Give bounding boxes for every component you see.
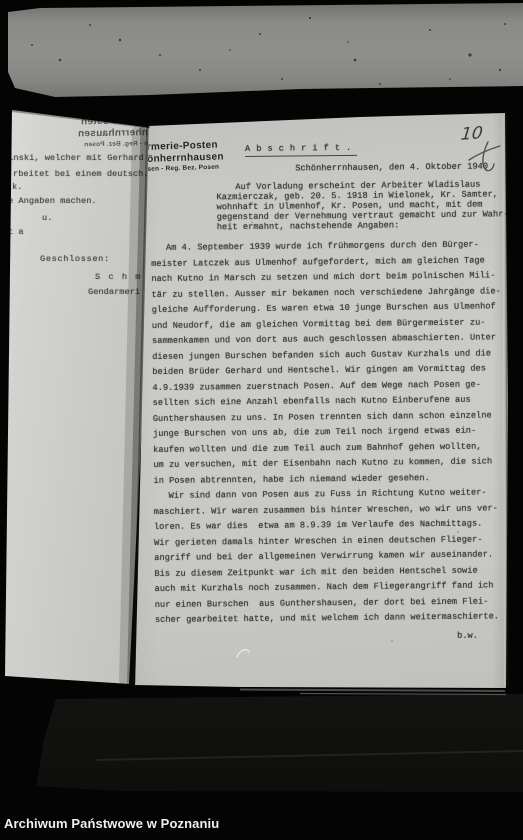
- typed-line: scher gearbeitet hatte, und mit welchem …: [155, 609, 503, 628]
- typed-fragment: k.: [12, 182, 22, 192]
- intro-paragraph: Auf Vorladung erscheint der Arbeiter Wla…: [216, 179, 517, 232]
- typed-fragment: t a: [8, 227, 24, 237]
- typed-fragment: Gendarmeri: [88, 287, 140, 297]
- typed-fragment: Geschlossen:: [40, 254, 110, 264]
- document-heading: A b s c h r i f t .: [245, 143, 357, 157]
- place-date-line: Schönherrnhausen, den 4. Oktober 1940: [295, 161, 488, 173]
- archive-watermark: Archiwum Państwowe w Poznaniu: [4, 816, 219, 831]
- bleedthrough-stamp: merie-Posten nherrnhausen n - Reg. Bez. …: [50, 115, 149, 150]
- body-paragraph-1: Am 4. September 1939 wurde ich frühmorge…: [151, 237, 502, 489]
- book-edge-band: [0, 0, 523, 100]
- gendarmerie-stamp: rmerie-Posten önherrnhausen sen - Reg. B…: [147, 139, 225, 173]
- stamp-line: sen - Reg. Bez. Posen: [147, 162, 224, 173]
- body-paragraph-2: Wir sind dann von Posen aus zu Fuss in R…: [154, 485, 503, 628]
- typed-fragment: u.: [42, 213, 52, 223]
- archival-scan: merie-Posten nherrnhausen n - Reg. Bez. …: [0, 0, 523, 840]
- typed-fragment: e Angaben machen.: [8, 196, 97, 206]
- handwritten-page-number: 10: [460, 123, 484, 144]
- typed-fragment: S c h m: [95, 272, 142, 282]
- closing-note: b.w.: [457, 631, 478, 641]
- typed-fragment: rbeitet bei einem deutsch.: [13, 169, 149, 179]
- typed-fragment: minski, welcher mit Gerhard: [3, 153, 144, 163]
- bleedthrough-stamp-line: n - Reg. Bez. Posen: [50, 139, 148, 150]
- typed-line: heit ermahnt, nachstehende Angaben:: [217, 219, 517, 232]
